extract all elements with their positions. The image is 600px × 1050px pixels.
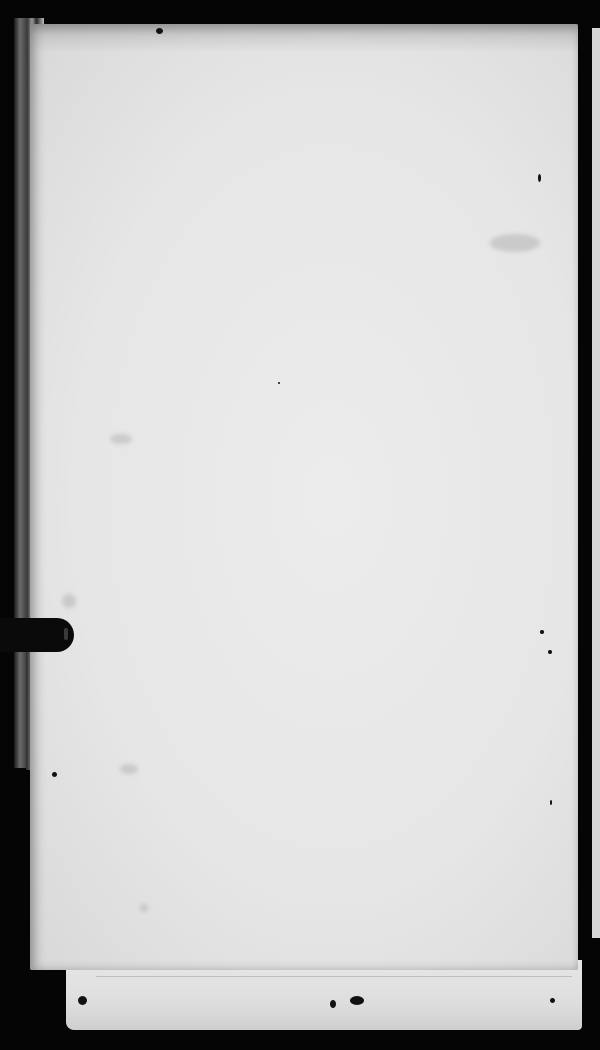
binding-tab (0, 618, 74, 652)
bleed-through-smudge (490, 234, 540, 252)
ink-speck (548, 650, 552, 654)
ink-speck (538, 174, 541, 182)
ink-speck (78, 996, 87, 1005)
smudge (140, 904, 148, 912)
ink-speck (550, 800, 552, 805)
smudge (120, 764, 138, 774)
ink-speck (540, 630, 544, 634)
underlying-page-edge (66, 960, 582, 1030)
ink-speck (330, 1000, 336, 1008)
blank-page-sheet (30, 24, 578, 970)
ink-speck (156, 28, 163, 34)
page-edge-line (96, 976, 572, 977)
ink-speck (52, 772, 57, 777)
adjacent-page-strip (592, 28, 600, 938)
smudge (110, 434, 132, 444)
smudge (62, 594, 76, 608)
ink-speck (550, 998, 555, 1003)
ink-speck (278, 382, 280, 384)
scanned-page-image (0, 0, 600, 1050)
ink-speck (350, 996, 364, 1005)
